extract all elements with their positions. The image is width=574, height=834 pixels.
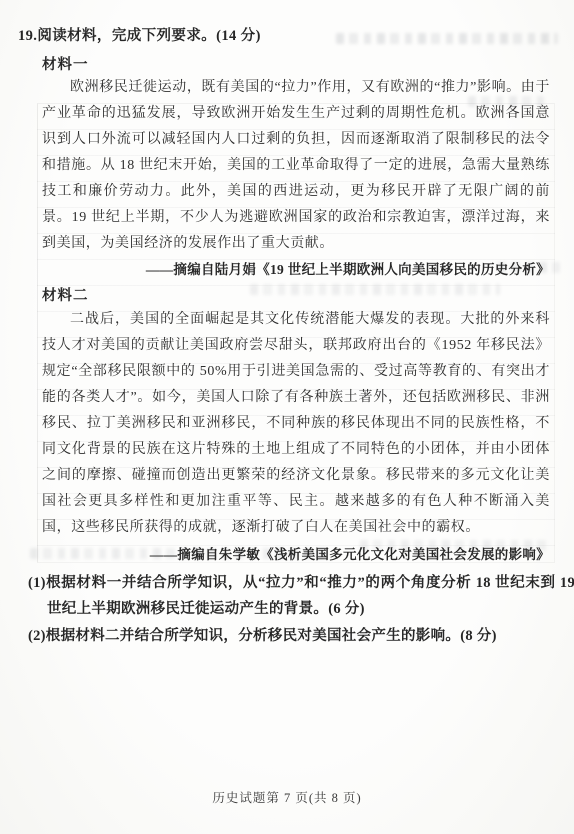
- material-2-source: ——摘编自朱学敏《浅析美国多元化文化对美国社会发展的影响》: [42, 543, 550, 563]
- material-1-source: ——摘编自陆月娟《19 世纪上半期欧洲人向美国移民的历史分析》: [42, 258, 550, 278]
- sub-question-2: (2)根据材料二并结合所学知识，分析移民对美国社会产生的影响。(8 分): [28, 623, 574, 649]
- material-1-label: 材料一: [42, 53, 89, 74]
- material-2-label: 材料二: [42, 284, 89, 305]
- exam-page: 19.阅读材料，完成下列要求。(14 分) 材料一 欧洲移民迁徙运动，既有美国的…: [0, 0, 574, 834]
- material-1-paragraph: 欧洲移民迁徙运动，既有美国的“拉力”作用，又有欧洲的“推力”影响。由于产业革命的…: [42, 75, 550, 257]
- question-19-stem: 19.阅读材料，完成下列要求。(14 分): [18, 24, 558, 45]
- sub-question-1: (1)根据材料一并结合所学知识，从“拉力”和“推力”的两个角度分析 18 世纪末…: [28, 570, 574, 622]
- page-footer: 历史试题第 7 页(共 8 页): [0, 788, 574, 806]
- bleedthrough-artifact: [250, 284, 500, 295]
- material-2-paragraph: 二战后，美国的全面崛起是其文化传统潜能大爆发的表现。大批的外来科技人才对美国的贡…: [42, 307, 550, 541]
